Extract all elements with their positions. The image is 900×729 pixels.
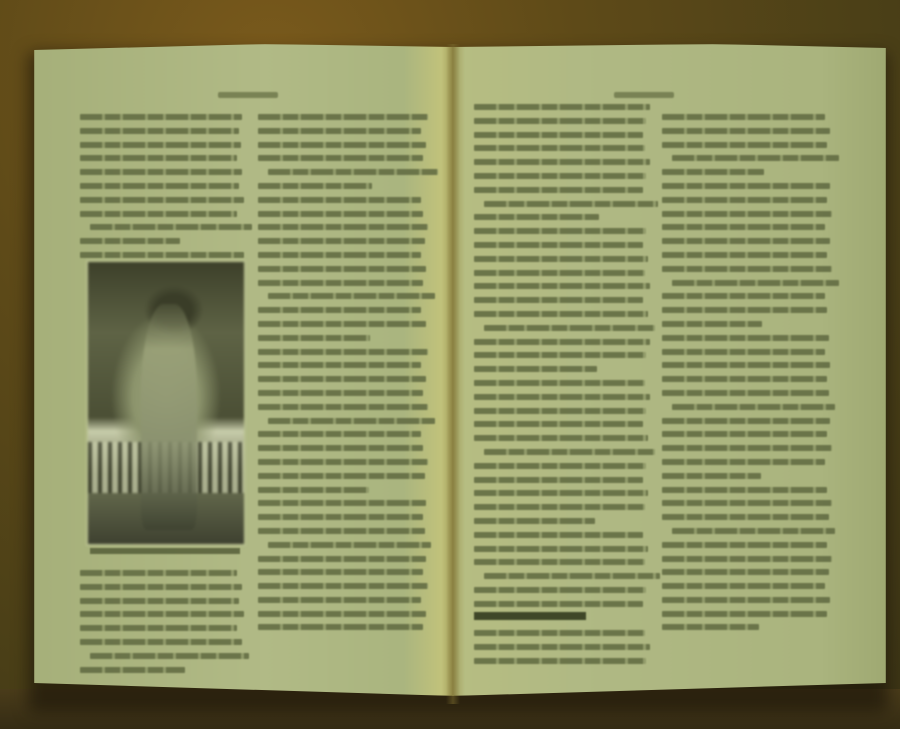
left-column-2-text (258, 114, 428, 638)
text-line (662, 183, 830, 189)
text-line (474, 644, 650, 650)
text-line (474, 228, 646, 234)
text-line (258, 376, 426, 382)
text-line (662, 128, 830, 134)
text-line (80, 142, 241, 148)
text-line (90, 653, 249, 659)
text-line (474, 145, 645, 151)
text-line (80, 211, 237, 217)
text-line (662, 445, 832, 451)
text-line (474, 270, 645, 276)
right-column-1-after-heading (474, 630, 650, 671)
text-line (662, 114, 825, 120)
text-line (80, 584, 242, 590)
text-line (474, 104, 650, 110)
text-line (662, 473, 761, 479)
text-line (662, 142, 827, 148)
text-line (258, 390, 423, 396)
text-line (474, 118, 646, 124)
text-line (258, 142, 426, 148)
text-line (474, 366, 597, 372)
text-line (474, 477, 643, 483)
text-line (474, 283, 650, 289)
text-line (662, 459, 825, 465)
text-line (258, 335, 370, 341)
text-line (258, 514, 423, 520)
text-line (474, 463, 646, 469)
text-line (484, 201, 658, 207)
text-line (80, 570, 237, 576)
text-line (474, 490, 648, 496)
text-line (474, 546, 648, 552)
text-line (80, 598, 239, 604)
text-line (474, 339, 650, 345)
text-line (258, 114, 428, 120)
text-line (258, 528, 425, 534)
text-line (258, 487, 369, 493)
right-running-head (614, 92, 674, 98)
text-line (474, 559, 645, 565)
text-line (672, 404, 835, 410)
text-line (258, 211, 423, 217)
right-column-1-text (474, 104, 650, 614)
text-line (258, 556, 426, 562)
text-line (662, 611, 827, 617)
text-line (662, 252, 827, 258)
text-line (258, 197, 421, 203)
text-line (474, 421, 643, 427)
text-line (268, 418, 435, 424)
text-line (80, 625, 237, 631)
left-column-1-bottom-text (80, 570, 244, 680)
text-line (258, 445, 423, 451)
text-line (258, 321, 426, 327)
text-line (80, 197, 244, 203)
text-line (484, 573, 660, 579)
text-line (474, 187, 643, 193)
text-line (474, 408, 646, 414)
text-line (662, 169, 764, 175)
portrait-photo (86, 260, 246, 546)
text-line (662, 583, 825, 589)
photo-figure (141, 304, 197, 530)
text-line (80, 639, 242, 645)
text-line (662, 542, 827, 548)
text-line (474, 658, 646, 664)
book-gutter (446, 44, 460, 704)
text-line (484, 449, 655, 455)
text-line (258, 238, 425, 244)
text-line (258, 597, 421, 603)
text-line (80, 155, 237, 161)
text-line (662, 376, 827, 382)
text-line (662, 597, 830, 603)
text-line (662, 266, 832, 272)
text-line (258, 500, 426, 506)
text-line (662, 293, 825, 299)
text-line (258, 224, 428, 230)
text-line (258, 183, 372, 189)
text-line (662, 500, 832, 506)
text-line (258, 128, 421, 134)
text-line (258, 473, 425, 479)
text-line (80, 667, 185, 673)
text-line (662, 197, 827, 203)
text-line (672, 528, 835, 534)
text-line (258, 459, 428, 465)
text-line (474, 352, 646, 358)
text-line (662, 211, 832, 217)
text-line (474, 532, 643, 538)
left-running-head (218, 92, 278, 98)
text-line (662, 624, 759, 630)
text-line (474, 297, 643, 303)
right-column-2-text (662, 114, 832, 638)
text-line (258, 569, 423, 575)
text-line (662, 487, 827, 493)
text-line (90, 224, 252, 230)
text-line (662, 514, 829, 520)
text-line (80, 128, 239, 134)
text-line (258, 431, 421, 437)
text-line (662, 307, 827, 313)
text-line (484, 325, 655, 331)
text-line (662, 238, 830, 244)
text-line (662, 349, 825, 355)
text-line (268, 542, 431, 548)
open-book (0, 0, 900, 729)
section-heading (474, 612, 586, 620)
text-line (258, 362, 421, 368)
text-line (662, 556, 832, 562)
text-line (474, 518, 595, 524)
text-line (474, 214, 599, 220)
text-line (662, 335, 829, 341)
text-line (258, 404, 428, 410)
text-line (80, 611, 244, 617)
photo-caption (90, 548, 240, 554)
text-line (258, 307, 421, 313)
text-line (474, 159, 650, 165)
text-line (474, 256, 648, 262)
text-line (662, 418, 830, 424)
text-line (80, 238, 180, 244)
text-line (80, 252, 244, 258)
text-line (80, 169, 242, 175)
text-line (474, 311, 648, 317)
text-line (474, 435, 648, 441)
text-line (474, 504, 645, 510)
text-line (258, 624, 423, 630)
text-line (80, 183, 239, 189)
text-line (662, 390, 829, 396)
text-line (662, 569, 829, 575)
text-line (662, 321, 762, 327)
text-line (474, 587, 646, 593)
text-line (258, 611, 426, 617)
text-line (474, 394, 650, 400)
text-line (662, 224, 825, 230)
text-line (258, 349, 428, 355)
text-line (80, 114, 242, 120)
left-column-1-top-text (80, 114, 244, 266)
text-line (474, 242, 643, 248)
text-line (258, 155, 423, 161)
text-line (474, 173, 646, 179)
text-line (662, 362, 830, 368)
text-line (268, 169, 438, 175)
text-line (672, 155, 839, 161)
text-line (258, 266, 426, 272)
text-line (474, 132, 643, 138)
text-line (474, 630, 645, 636)
text-line (474, 601, 643, 607)
text-line (474, 380, 645, 386)
text-line (662, 431, 827, 437)
text-line (258, 583, 428, 589)
text-line (268, 293, 435, 299)
text-line (258, 252, 421, 258)
text-line (672, 280, 839, 286)
text-line (258, 280, 423, 286)
